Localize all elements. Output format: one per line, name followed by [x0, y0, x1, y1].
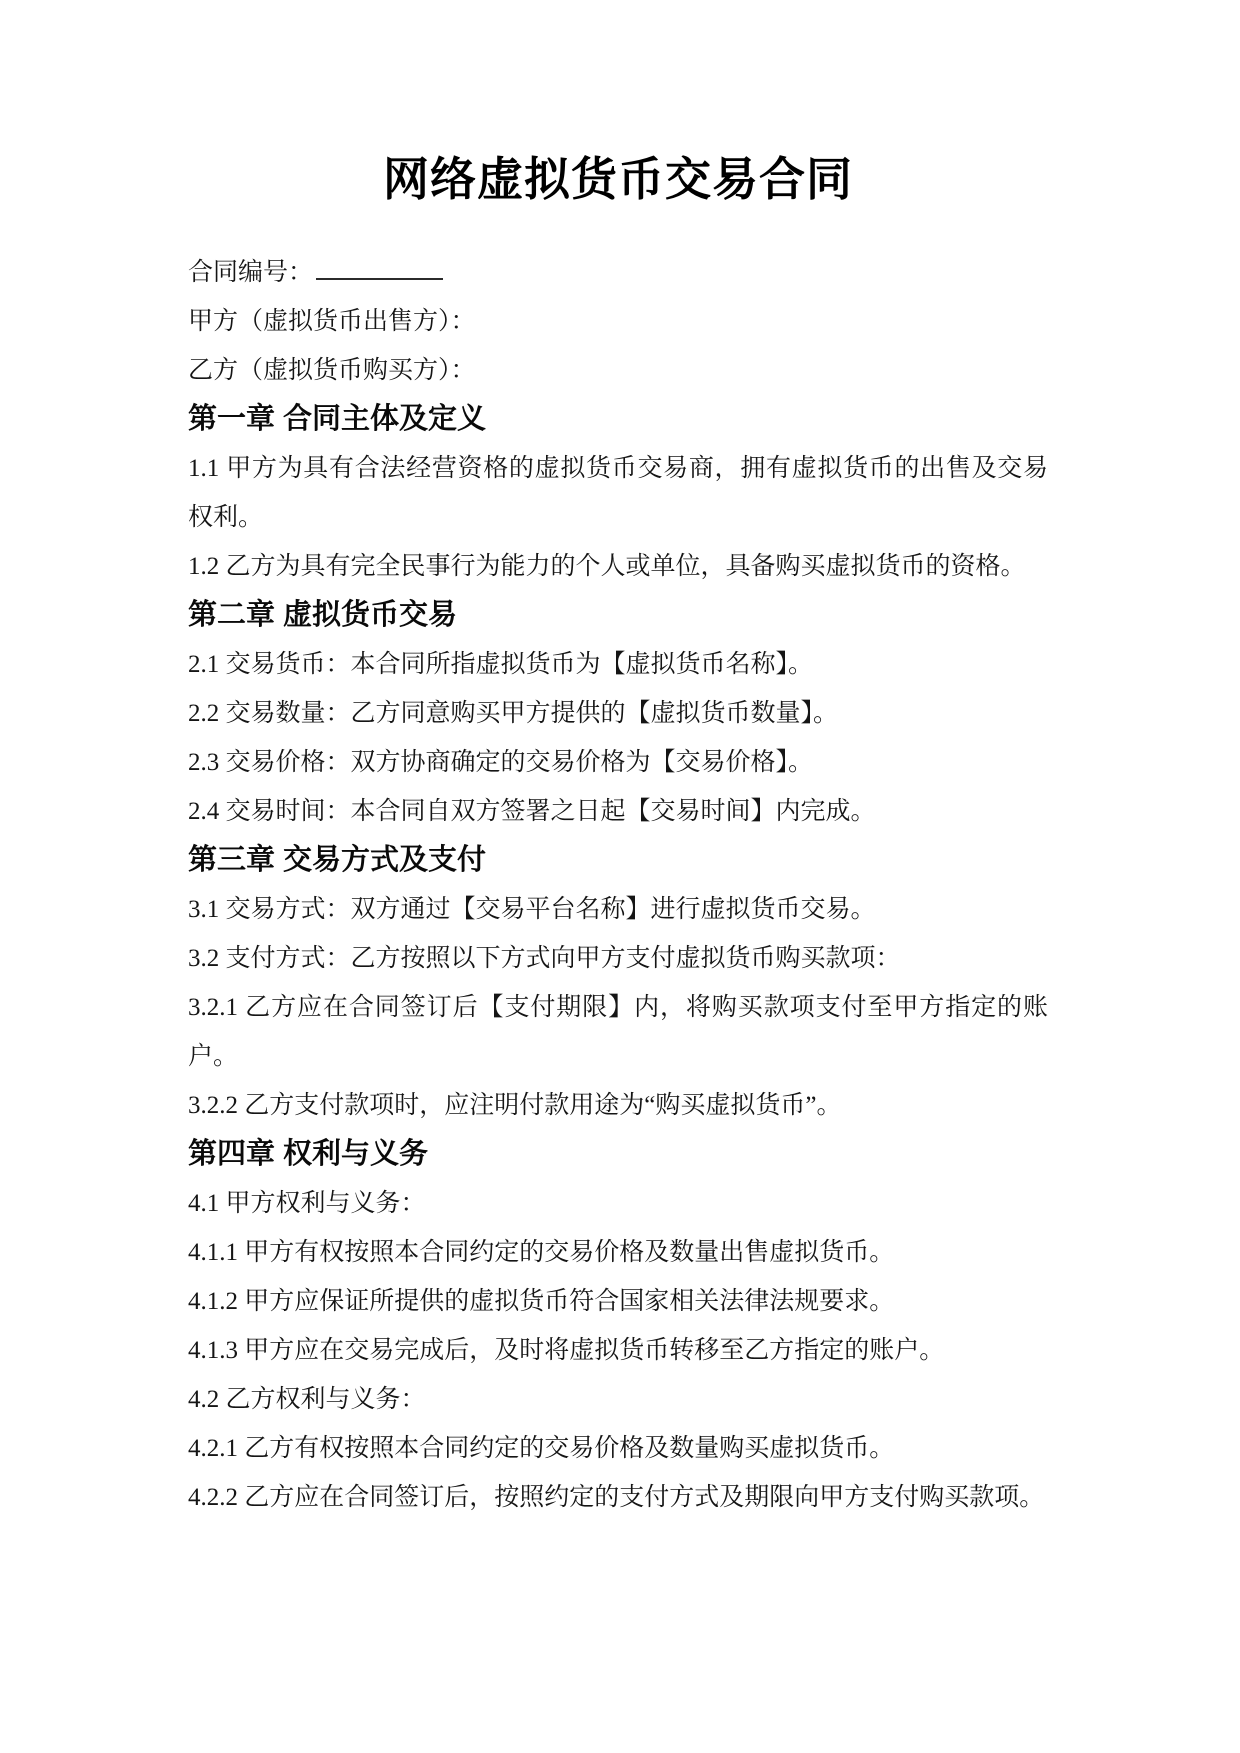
- clause-3-1: 3.1 交易方式：双方通过【交易平台名称】进行虚拟货币交易。: [188, 885, 1048, 934]
- document-title: 网络虚拟货币交易合同: [188, 150, 1048, 210]
- clause-4-1-3: 4.1.3 甲方应在交易完成后，及时将虚拟货币转移至乙方指定的账户。: [188, 1326, 1048, 1375]
- clause-3-2-1: 3.2.1 乙方应在合同签订后【支付期限】内，将购买款项支付至甲方指定的账户。: [188, 983, 1048, 1081]
- clause-2-3: 2.3 交易价格：双方协商确定的交易价格为【交易价格】。: [188, 738, 1048, 787]
- clause-4-2-2: 4.2.2 乙方应在合同签订后，按照约定的支付方式及期限向甲方支付购买款项。: [188, 1473, 1048, 1522]
- chapter-4-heading: 第四章 权利与义务: [188, 1130, 1048, 1179]
- clause-2-2: 2.2 交易数量：乙方同意购买甲方提供的【虚拟货币数量】。: [188, 689, 1048, 738]
- contract-number-blank-field: [316, 278, 443, 280]
- clause-4-2: 4.2 乙方权利与义务：: [188, 1375, 1048, 1424]
- contract-number-label: 合同编号：: [188, 259, 313, 286]
- chapter-3-heading: 第三章 交易方式及支付: [188, 836, 1048, 885]
- chapter-2-heading: 第二章 虚拟货币交易: [188, 591, 1048, 640]
- contract-page: 网络虚拟货币交易合同 合同编号： 甲方（虚拟货币出售方）： 乙方（虚拟货币购买方…: [0, 0, 1240, 1753]
- chapter-1-heading: 第一章 合同主体及定义: [188, 395, 1048, 444]
- clause-2-4: 2.4 交易时间：本合同自双方签署之日起【交易时间】内完成。: [188, 787, 1048, 836]
- contract-number-line: 合同编号：: [188, 248, 1048, 297]
- clause-3-2-2: 3.2.2 乙方支付款项时，应注明付款用途为“购买虚拟货币”。: [188, 1081, 1048, 1130]
- clause-4-2-1: 4.2.1 乙方有权按照本合同约定的交易价格及数量购买虚拟货币。: [188, 1424, 1048, 1473]
- clause-4-1-2: 4.1.2 甲方应保证所提供的虚拟货币符合国家相关法律法规要求。: [188, 1277, 1048, 1326]
- clause-4-1-1: 4.1.1 甲方有权按照本合同约定的交易价格及数量出售虚拟货币。: [188, 1228, 1048, 1277]
- clause-1-1: 1.1 甲方为具有合法经营资格的虚拟货币交易商，拥有虚拟货币的出售及交易权利。: [188, 444, 1048, 542]
- clause-1-2: 1.2 乙方为具有完全民事行为能力的个人或单位，具备购买虚拟货币的资格。: [188, 542, 1048, 591]
- clause-4-1: 4.1 甲方权利与义务：: [188, 1179, 1048, 1228]
- clause-3-2: 3.2 支付方式：乙方按照以下方式向甲方支付虚拟货币购买款项：: [188, 934, 1048, 983]
- clause-2-1: 2.1 交易货币：本合同所指虚拟货币为【虚拟货币名称】。: [188, 640, 1048, 689]
- party-a-line: 甲方（虚拟货币出售方）：: [188, 297, 1048, 346]
- party-b-line: 乙方（虚拟货币购买方）：: [188, 346, 1048, 395]
